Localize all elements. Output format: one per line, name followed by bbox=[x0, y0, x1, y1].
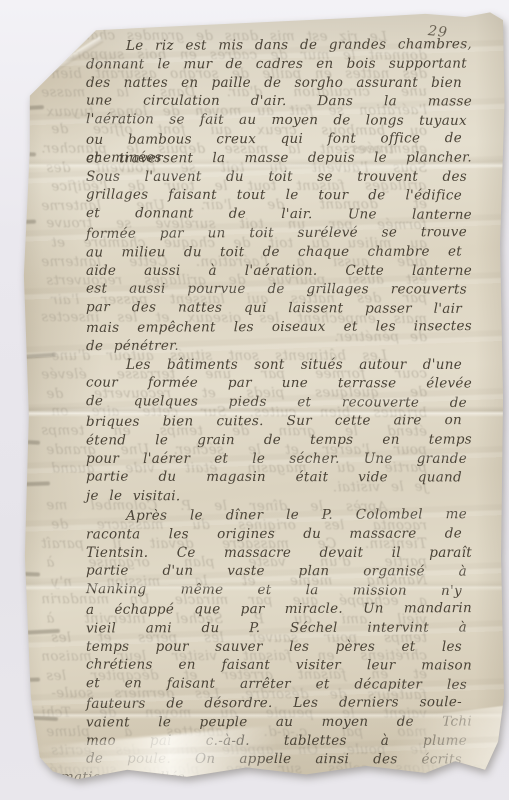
manuscript-line: vaient le peuple au moyen de Tchi bbox=[86, 712, 472, 732]
manuscript-line: de quelques pieds et recouverte de bbox=[86, 392, 467, 413]
manuscript-line: temps pour sauver les pères et les bbox=[86, 638, 462, 657]
page-number: 29 bbox=[427, 23, 448, 41]
manuscript-line: chrétiens en faisant visiter leur maison bbox=[86, 656, 472, 676]
manuscript-line: ou bambous creux qui font office de chem… bbox=[86, 129, 462, 150]
manuscript-line: briques bien cuites. Sur cette aire on bbox=[86, 411, 462, 432]
manuscript-line: mao pai c.-à-d. tablettes à plume bbox=[86, 732, 467, 751]
manuscript-line: je le visitai. bbox=[86, 487, 181, 506]
manuscript-line: l'aération se fait au moyen de longs tuy… bbox=[86, 110, 467, 131]
manuscript-line: de poule. On appelle ainsi des écrits bbox=[86, 750, 462, 770]
manuscript-line: une circulation d'air. Dans la masse bbox=[86, 92, 472, 112]
manuscript-line: raconta les origines du massacre de bbox=[86, 524, 462, 544]
manuscript-line: et donnant de l'air. Une lanterne bbox=[86, 204, 472, 225]
manuscript-line: partie du magasin était vide quand bbox=[86, 468, 462, 488]
manuscript-line: fauteurs de désordre. Les derniers soule… bbox=[86, 693, 462, 714]
manuscript-line: étend le grain de temps en temps bbox=[86, 430, 472, 450]
manuscript-line: Le riz est mis dans de grandes chambres, bbox=[126, 35, 472, 56]
manuscript-line: partie d'un vaste plan organisé à bbox=[86, 562, 467, 582]
manuscript-line: pour l'aérer et le sécher. Une grande bbox=[86, 450, 467, 469]
handwritten-text-layer: Le riz est mis dans de grandes chambres,… bbox=[8, 10, 505, 790]
manuscript-line: vieil ami du P. Séchel intervint à bbox=[86, 618, 467, 638]
photo-background: Le riz est mis dans de grandes chambres,… bbox=[0, 0, 509, 800]
manuscript-line: formée par un toit surélevé se trouve bbox=[86, 223, 467, 244]
manuscript-line: proclamations collés sur une planche sur… bbox=[16, 768, 472, 789]
manuscript-line: Sous l'auvent du toit se trouvent des bbox=[86, 168, 467, 187]
manuscript-line: Nanking même et la mission n'y bbox=[86, 580, 462, 601]
manuscript-line: mais empêchent les oiseaux et les insect… bbox=[86, 317, 472, 338]
manuscript-line: aide aussi à l'aération. Cette lanterne bbox=[86, 262, 472, 281]
manuscript-line: au milieu du toit de chaque chambre et bbox=[86, 242, 462, 262]
manuscript-line: Les bâtiments sont situés autour d'une bbox=[126, 356, 462, 375]
paper-shadow: Le riz est mis dans de grandes chambres,… bbox=[8, 10, 505, 790]
manuscript-line: Tientsin. Ce massacre devait il paraît bbox=[86, 544, 472, 563]
manuscript-page: Le riz est mis dans de grandes chambres,… bbox=[8, 10, 505, 790]
manuscript-line: et en faisant arrêter et décapiter les bbox=[86, 674, 467, 695]
manuscript-line: donnant le mur de cadres en bois support… bbox=[86, 54, 467, 74]
manuscript-line: est aussi pourvue de grillages recouvert… bbox=[86, 280, 467, 300]
manuscript-line: de pénétrer. bbox=[86, 337, 179, 356]
manuscript-line: cour formée par une terrasse élevée bbox=[86, 374, 472, 394]
manuscript-line: grillages faisant tout le tour de l'édif… bbox=[86, 186, 462, 206]
manuscript-line: et traversent la masse depuis le planche… bbox=[86, 148, 472, 168]
manuscript-line: Après le dîner le P. Colombel me bbox=[126, 505, 467, 526]
manuscript-line: par des nattes qui laissent passer l'air bbox=[86, 298, 462, 319]
manuscript-line: a échappé que par miracle. Un mandarin bbox=[86, 599, 472, 620]
manuscript-line: des nattes en paille de sorgho assurant … bbox=[86, 74, 462, 93]
